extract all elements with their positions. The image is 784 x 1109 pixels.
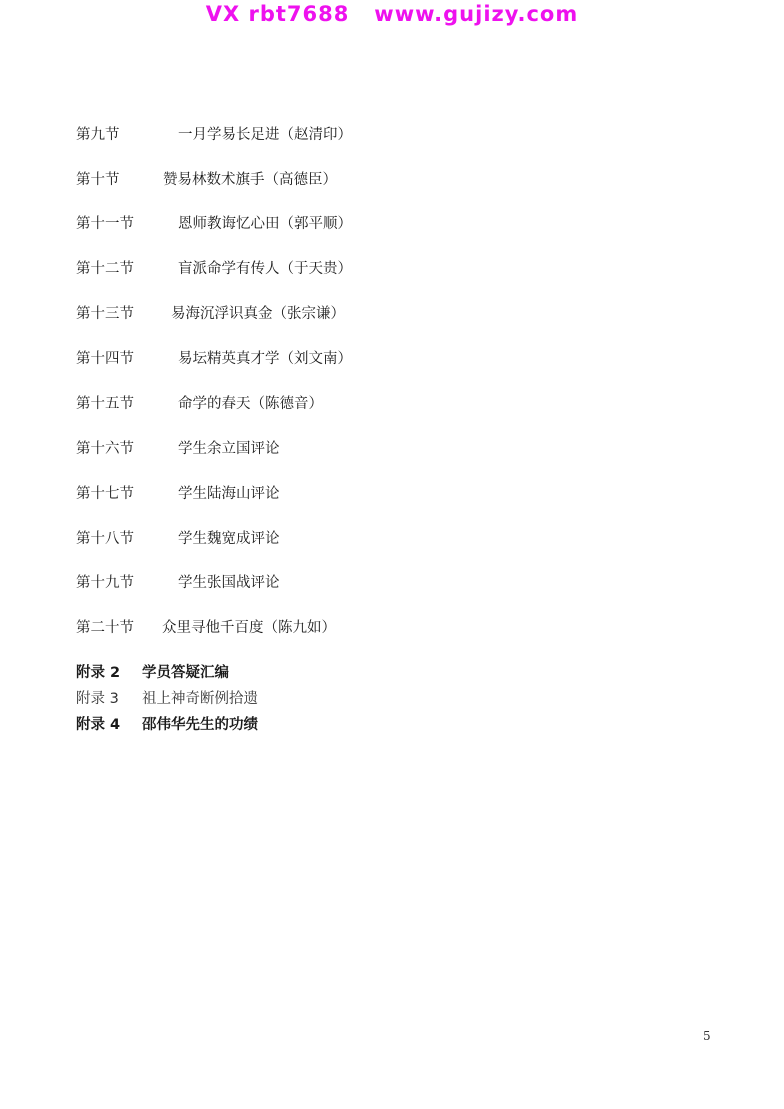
appendix-number: 附录 3 [76,690,119,708]
section-number: 第十二节 [76,260,134,278]
section-number: 第二十节 [76,619,134,637]
section-title: 盲派命学有传人（于天贵） [178,260,352,278]
watermark-text: VX rbt7688 www.gujizy.com [0,2,784,26]
section-title: 赞易林数术旗手（高德臣） [163,171,337,189]
section-title: 易坛精英真才学（刘文南） [178,350,352,368]
section-number: 第十六节 [76,440,134,458]
section-number: 第十七节 [76,485,134,503]
appendix-number: 附录 2 [76,664,120,682]
section-number: 第十一节 [76,215,134,233]
section-number: 第十四节 [76,350,134,368]
appendix-title: 祖上神奇断例拾遗 [142,690,258,708]
section-number: 第十八节 [76,530,134,548]
section-number: 第十节 [76,171,120,189]
page-number: 5 [703,1029,711,1043]
appendix-number: 附录 4 [76,716,120,734]
section-title: 易海沉浮识真金（张宗谦） [171,305,345,323]
section-number: 第九节 [76,126,120,144]
section-title: 学生余立国评论 [178,440,280,458]
section-title: 学生魏宽成评论 [178,530,280,548]
section-number: 第十五节 [76,395,134,413]
section-title: 一月学易长足进（赵清印） [178,126,352,144]
section-title: 命学的春天（陈德音） [178,395,323,413]
section-title: 学生陆海山评论 [178,485,280,503]
section-number: 第十九节 [76,574,134,592]
appendix-title: 邵伟华先生的功绩 [142,716,258,734]
section-title: 学生张国战评论 [178,574,280,592]
section-title: 恩师教诲忆心田（郭平顺） [178,215,352,233]
section-title: 众里寻他千百度（陈九如） [162,619,336,637]
section-number: 第十三节 [76,305,134,323]
appendix-title: 学员答疑汇编 [142,664,229,682]
